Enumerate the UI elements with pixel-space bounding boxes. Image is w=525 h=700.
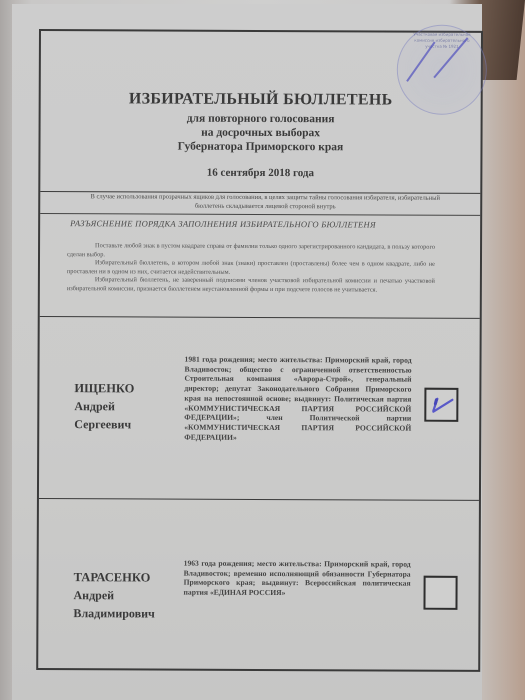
explanation-paragraph: Избирательный бюллетень, не заверенный п… [67,276,435,295]
candidate-surname: ТАРАСЕНКО [74,568,155,586]
candidate-patronymic: Владимирович [73,604,154,622]
candidate-name: ТАРАСЕНКО Андрей Владимирович [73,568,155,622]
vote-checkbox[interactable] [423,576,457,610]
election-date: 16 сентября 2018 года [40,166,480,180]
candidate-first-name: Андрей [73,586,154,604]
paper-sheet: Участковая избирательная комиссия избира… [12,4,482,700]
ballot-header: Участковая избирательная комиссия избира… [40,31,481,194]
ballot-subtitle-line: Губернатора Приморского края [40,140,480,154]
candidate-patronymic: Сергеевич [74,415,134,433]
check-mark-icon [426,390,456,420]
candidate-row: ИЩЕНКО Андрей Сергеевич 1981 года рожден… [39,318,480,501]
secrecy-note-text: В случае использования прозрачных ящиков… [80,193,450,212]
candidate-name: ИЩЕНКО Андрей Сергеевич [74,379,134,433]
explanation-heading: РАЗЪЯСНЕНИЕ ПОРЯДКА ЗАПОЛНЕНИЯ ИЗБИРАТЕЛ… [70,218,376,229]
ballot: Участковая избирательная комиссия избира… [36,29,483,672]
ballot-subtitle-line: на досрочных выборах [41,126,481,140]
ballot-title: ИЗБИРАТЕЛЬНЫЙ БЮЛЛЕТЕНЬ [41,90,481,110]
ballot-subtitle-line: для повторного голосования [41,112,481,126]
candidate-info: 1963 года рождения; место жительства: Пр… [184,559,411,599]
explanation-body: Поставьте любой знак в пустом квадрате с… [67,242,435,295]
explanation-section: РАЗЪЯСНЕНИЕ ПОРЯДКА ЗАПОЛНЕНИЯ ИЗБИРАТЕЛ… [40,214,480,319]
candidate-info: 1981 года рождения; место жительства: Пр… [184,355,411,443]
secrecy-note: В случае использования прозрачных ящиков… [40,191,480,216]
vote-checkbox[interactable] [424,388,458,422]
explanation-paragraph: Избирательный бюллетень, в котором любой… [67,259,435,278]
candidate-first-name: Андрей [74,397,134,415]
candidate-surname: ИЩЕНКО [74,379,134,397]
candidate-row: ТАРАСЕНКО Андрей Владимирович 1963 года … [38,500,479,670]
explanation-paragraph: Поставьте любой знак в пустом квадрате с… [67,242,435,261]
